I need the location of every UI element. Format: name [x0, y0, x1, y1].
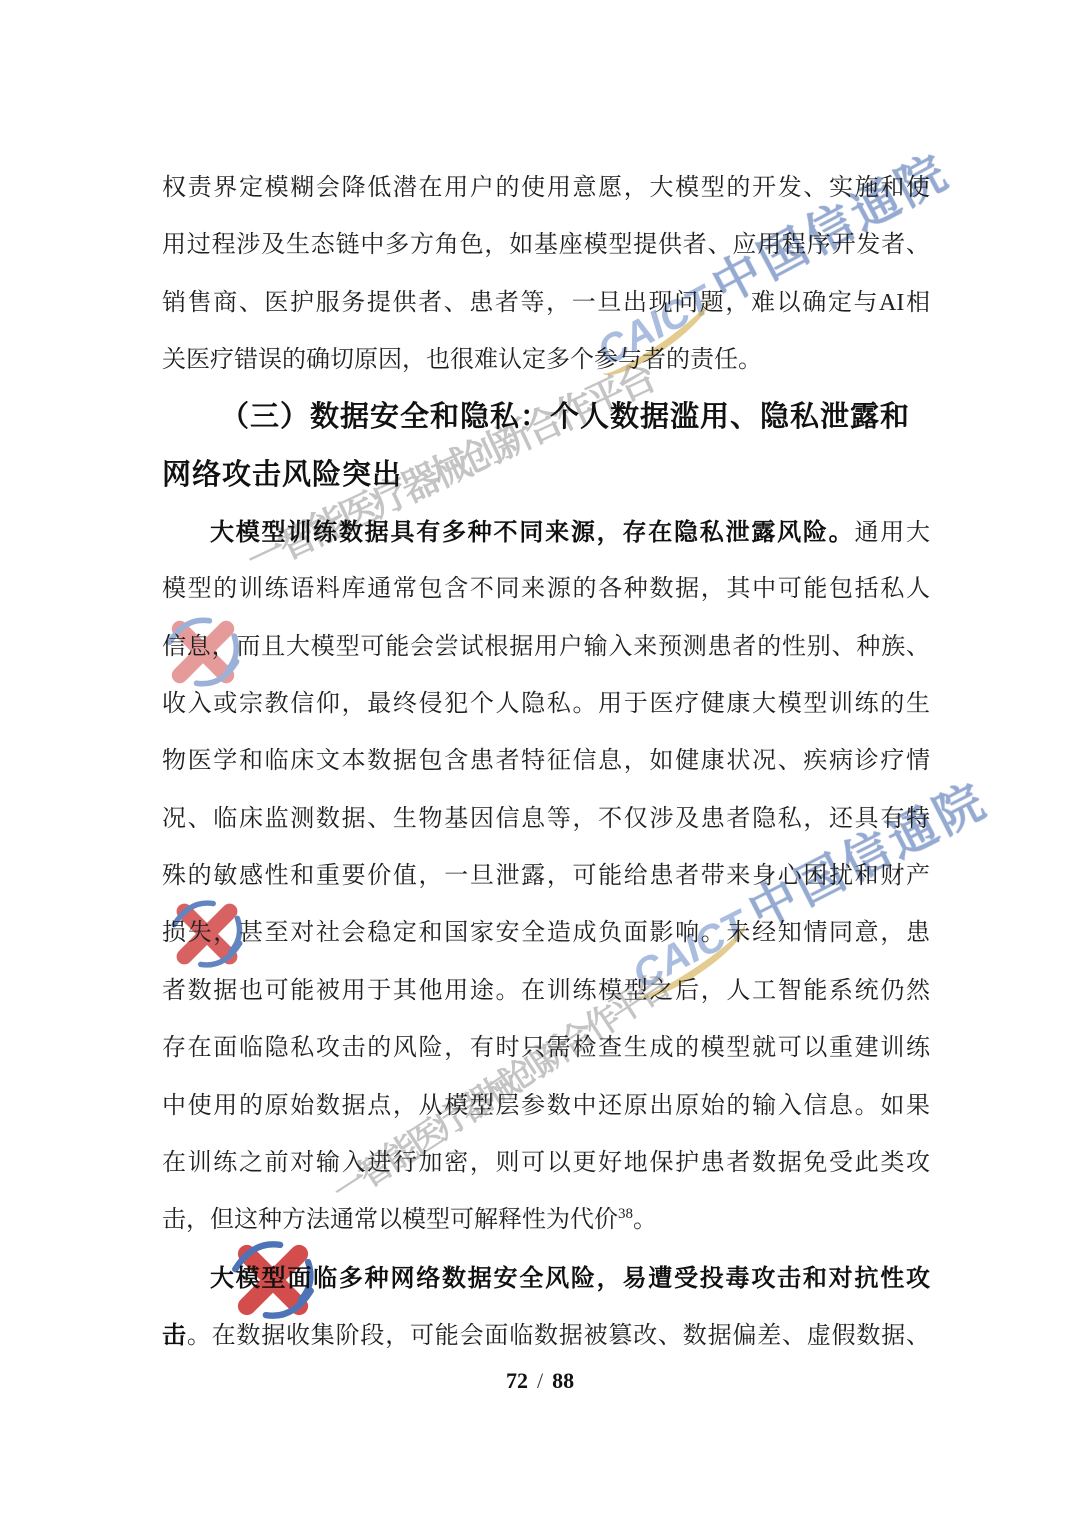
text-segment: 殊的敏感性和重要价值，一旦泄露，可能给患者带来身心困扰和财产 — [162, 863, 930, 889]
bold-text-segment: 大模型面临多种网络数据安全风险，易遭受投毒攻击和对抗性攻 — [210, 1265, 930, 1292]
document-body: 权责界定模糊会降低潜在用户的使用意愿，大模型的开发、实施和使用过程涉及生态链中多… — [162, 160, 930, 1364]
text-line: 用过程涉及生态链中多方角色，如基座模型提供者、应用程序开发者、 — [162, 217, 930, 274]
text-segment: 关医疗错误的确切原因，也很难认定多个参与者的责任。 — [162, 347, 762, 373]
text-line: 损失，甚至对社会稳定和国家安全造成负面影响。未经知情同意，患 — [162, 905, 930, 962]
bold-text-segment: 击 — [162, 1322, 187, 1349]
text-line: 收入或宗教信仰，最终侵犯个人隐私。用于医疗健康大模型训练的生 — [162, 676, 930, 733]
text-line: 物医学和临床文本数据包含患者特征信息，如健康状况、疾病诊疗情 — [162, 733, 930, 790]
page-current: 72 — [506, 1368, 528, 1393]
text-segment: 损失，甚至对社会稳定和国家安全造成负面影响。未经知情同意，患 — [162, 920, 930, 946]
text-line: 信息，而且大模型可能会尝试根据用户输入来预测患者的性别、种族、 — [162, 619, 930, 676]
text-segment: 者数据也可能被用于其他用途。在训练模型之后，人工智能系统仍然 — [162, 978, 930, 1004]
bold-text-segment: 网络攻击风险突出 — [162, 459, 402, 491]
text-line: 况、临床监测数据、生物基因信息等，不仅涉及患者隐私，还具有特 — [162, 791, 930, 848]
page-number: 72/88 — [0, 1368, 1080, 1394]
text-line: 中使用的原始数据点，从模型层参数中还原出原始的输入信息。如果 — [162, 1078, 930, 1135]
text-line: 关医疗错误的确切原因，也很难认定多个参与者的责任。 — [162, 332, 930, 389]
text-segment: 在训练之前对输入进行加密，则可以更好地保护患者数据免受此类攻 — [162, 1150, 930, 1176]
text-line: 权责界定模糊会降低潜在用户的使用意愿，大模型的开发、实施和使 — [162, 160, 930, 217]
text-segment: 击，但这种方法通常以模型可解释性为代价 — [162, 1207, 618, 1233]
text-line: 殊的敏感性和重要价值，一旦泄露，可能给患者带来身心困扰和财产 — [162, 848, 930, 905]
heading-line: 网络攻击风险突出 — [162, 447, 930, 504]
footnote-ref: 38 — [618, 1206, 633, 1222]
bold-text-segment: 大模型训练数据具有多种不同来源，存在隐私泄露风险。 — [210, 519, 854, 546]
text-segment: 销售商、医护服务提供者、患者等，一旦出现问题，难以确定与AI相 — [162, 290, 930, 316]
text-segment: 。 — [633, 1207, 657, 1233]
bold-text-segment: （三）数据安全和隐私：个人数据滥用、隐私泄露和 — [220, 401, 910, 433]
text-segment: 用过程涉及生态链中多方角色，如基座模型提供者、应用程序开发者、 — [162, 232, 930, 258]
page-total: 88 — [552, 1368, 574, 1393]
text-line: 大模型面临多种网络数据安全风险，易遭受投毒攻击和对抗性攻 — [162, 1250, 930, 1307]
text-line: 大模型训练数据具有多种不同来源，存在隐私泄露风险。通用大 — [162, 504, 930, 561]
text-line: 在训练之前对输入进行加密，则可以更好地保护患者数据免受此类攻 — [162, 1135, 930, 1192]
text-segment: 。在数据收集阶段，可能会面临数据被篡改、数据偏差、虚假数据、 — [187, 1323, 930, 1349]
text-segment: 物医学和临床文本数据包含患者特征信息，如健康状况、疾病诊疗情 — [162, 748, 930, 774]
text-line: 存在面临隐私攻击的风险，有时只需检查生成的模型就可以重建训练 — [162, 1020, 930, 1077]
text-line: 销售商、医护服务提供者、患者等，一旦出现问题，难以确定与AI相 — [162, 275, 930, 332]
text-line: 击。在数据收集阶段，可能会面临数据被篡改、数据偏差、虚假数据、 — [162, 1307, 930, 1364]
text-segment: 收入或宗教信仰，最终侵犯个人隐私。用于医疗健康大模型训练的生 — [162, 691, 930, 717]
text-line: 者数据也可能被用于其他用途。在训练模型之后，人工智能系统仍然 — [162, 963, 930, 1020]
text-segment: 通用大 — [854, 520, 930, 546]
heading-line: （三）数据安全和隐私：个人数据滥用、隐私泄露和 — [162, 389, 930, 446]
page-separator: / — [528, 1368, 552, 1393]
text-segment: 权责界定模糊会降低潜在用户的使用意愿，大模型的开发、实施和使 — [162, 175, 930, 201]
text-line: 模型的训练语料库通常包含不同来源的各种数据，其中可能包括私人 — [162, 561, 930, 618]
text-segment: 况、临床监测数据、生物基因信息等，不仅涉及患者隐私，还具有特 — [162, 806, 930, 832]
text-segment: 中使用的原始数据点，从模型层参数中还原出原始的输入信息。如果 — [162, 1093, 930, 1119]
text-segment: 模型的训练语料库通常包含不同来源的各种数据，其中可能包括私人 — [162, 576, 930, 602]
text-line: 击，但这种方法通常以模型可解释性为代价38。 — [162, 1192, 930, 1249]
text-segment: 信息，而且大模型可能会尝试根据用户输入来预测患者的性别、种族、 — [162, 634, 930, 660]
text-segment: 存在面临隐私攻击的风险，有时只需检查生成的模型就可以重建训练 — [162, 1035, 930, 1061]
